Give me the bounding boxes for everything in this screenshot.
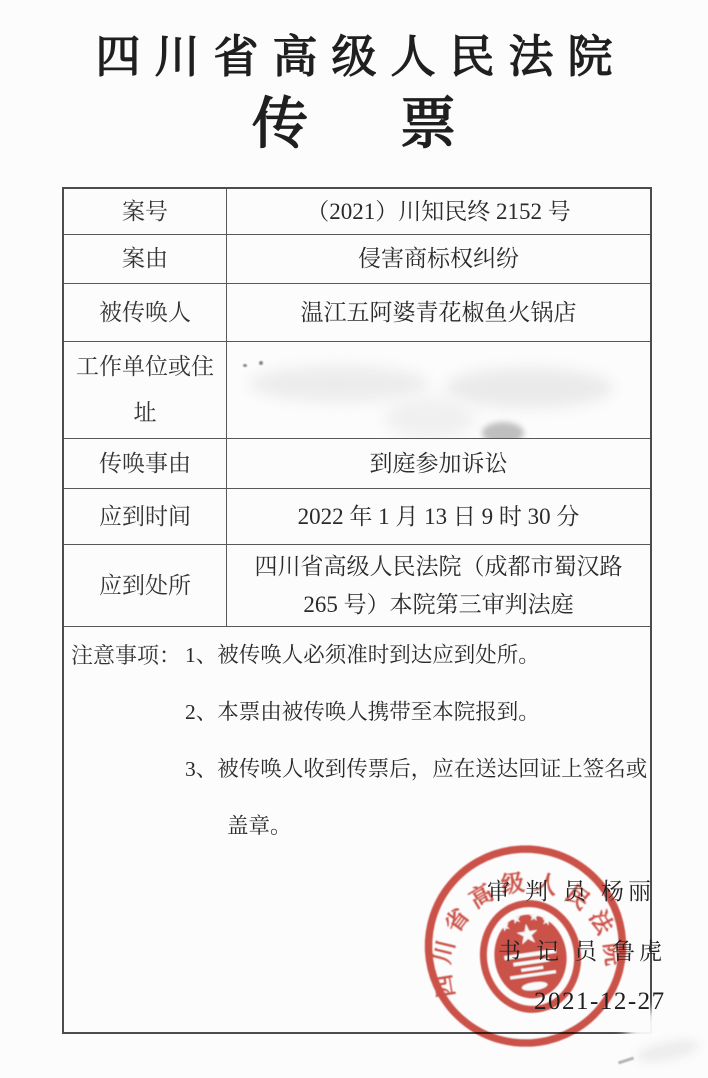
table-row-summoned-person: 被传唤人 温江五阿婆青花椒鱼火锅店 (64, 283, 650, 341)
table-row-address: 工作单位或住址 (64, 341, 650, 438)
document-title: 传 票 (0, 80, 708, 160)
row-label: 案号 (64, 189, 227, 234)
row-value: （2021）川知民终 2152 号 (227, 189, 650, 234)
court-name: 四川省高级人民法院 (0, 20, 708, 85)
table-row-cause: 案由 侵害商标权纠纷 (64, 234, 650, 283)
table-row-summons-reason: 传唤事由 到庭参加诉讼 (64, 438, 650, 488)
notes-section: 注意事项： 1、被传唤人必须准时到达应到处所。 2、本票由被传唤人携带至本院报到… (64, 627, 650, 855)
judge-name: 杨丽 (601, 873, 655, 906)
issue-date: 2021-12-27 (534, 988, 666, 1016)
clerk-signature-line: 书记员 鲁虎 (498, 933, 666, 966)
stray-mark (618, 1057, 634, 1065)
table-row-arrival-place: 应到处所 四川省高级人民法院（成都市蜀汉路 265 号）本院第三审判法庭 (64, 544, 650, 626)
clerk-name: 鲁虎 (612, 933, 666, 966)
clerk-label: 书记员 (498, 933, 612, 966)
row-value: 四川省高级人民法院（成都市蜀汉路 265 号）本院第三审判法庭 (227, 545, 650, 626)
row-value: 侵害商标权纠纷 (227, 235, 650, 283)
judge-signature-line: 审判员 杨丽 (487, 873, 655, 906)
row-label: 传唤事由 (64, 439, 227, 488)
row-value: 2022 年 1 月 13 日 9 时 30 分 (227, 489, 650, 544)
redaction-blur (227, 342, 650, 438)
table-row-case-number: 案号 （2021）川知民终 2152 号 (64, 189, 650, 234)
summons-document: 四川省高级人民法院 传 票 案号 （2021）川知民终 2152 号 案由 侵害… (0, 0, 708, 1078)
row-label: 工作单位或住址 (64, 342, 227, 438)
row-label: 被传唤人 (64, 284, 227, 341)
notes-label: 注意事项： (71, 627, 185, 684)
notes-item-2: 2、本票由被传唤人携带至本院报到。 (185, 684, 653, 741)
row-value-redacted (227, 342, 650, 438)
row-label: 应到时间 (64, 489, 227, 544)
row-label: 应到处所 (64, 545, 227, 626)
judge-label: 审判员 (487, 873, 601, 906)
row-value: 温江五阿婆青花椒鱼火锅店 (227, 284, 650, 341)
notes-item-1: 1、被传唤人必须准时到达应到处所。 (185, 627, 653, 684)
row-label: 案由 (64, 235, 227, 283)
row-value: 到庭参加诉讼 (227, 439, 650, 488)
table-row-arrival-time: 应到时间 2022 年 1 月 13 日 9 时 30 分 (64, 488, 650, 544)
notes-items: 1、被传唤人必须准时到达应到处所。 2、本票由被传唤人携带至本院报到。 3、被传… (185, 627, 653, 855)
